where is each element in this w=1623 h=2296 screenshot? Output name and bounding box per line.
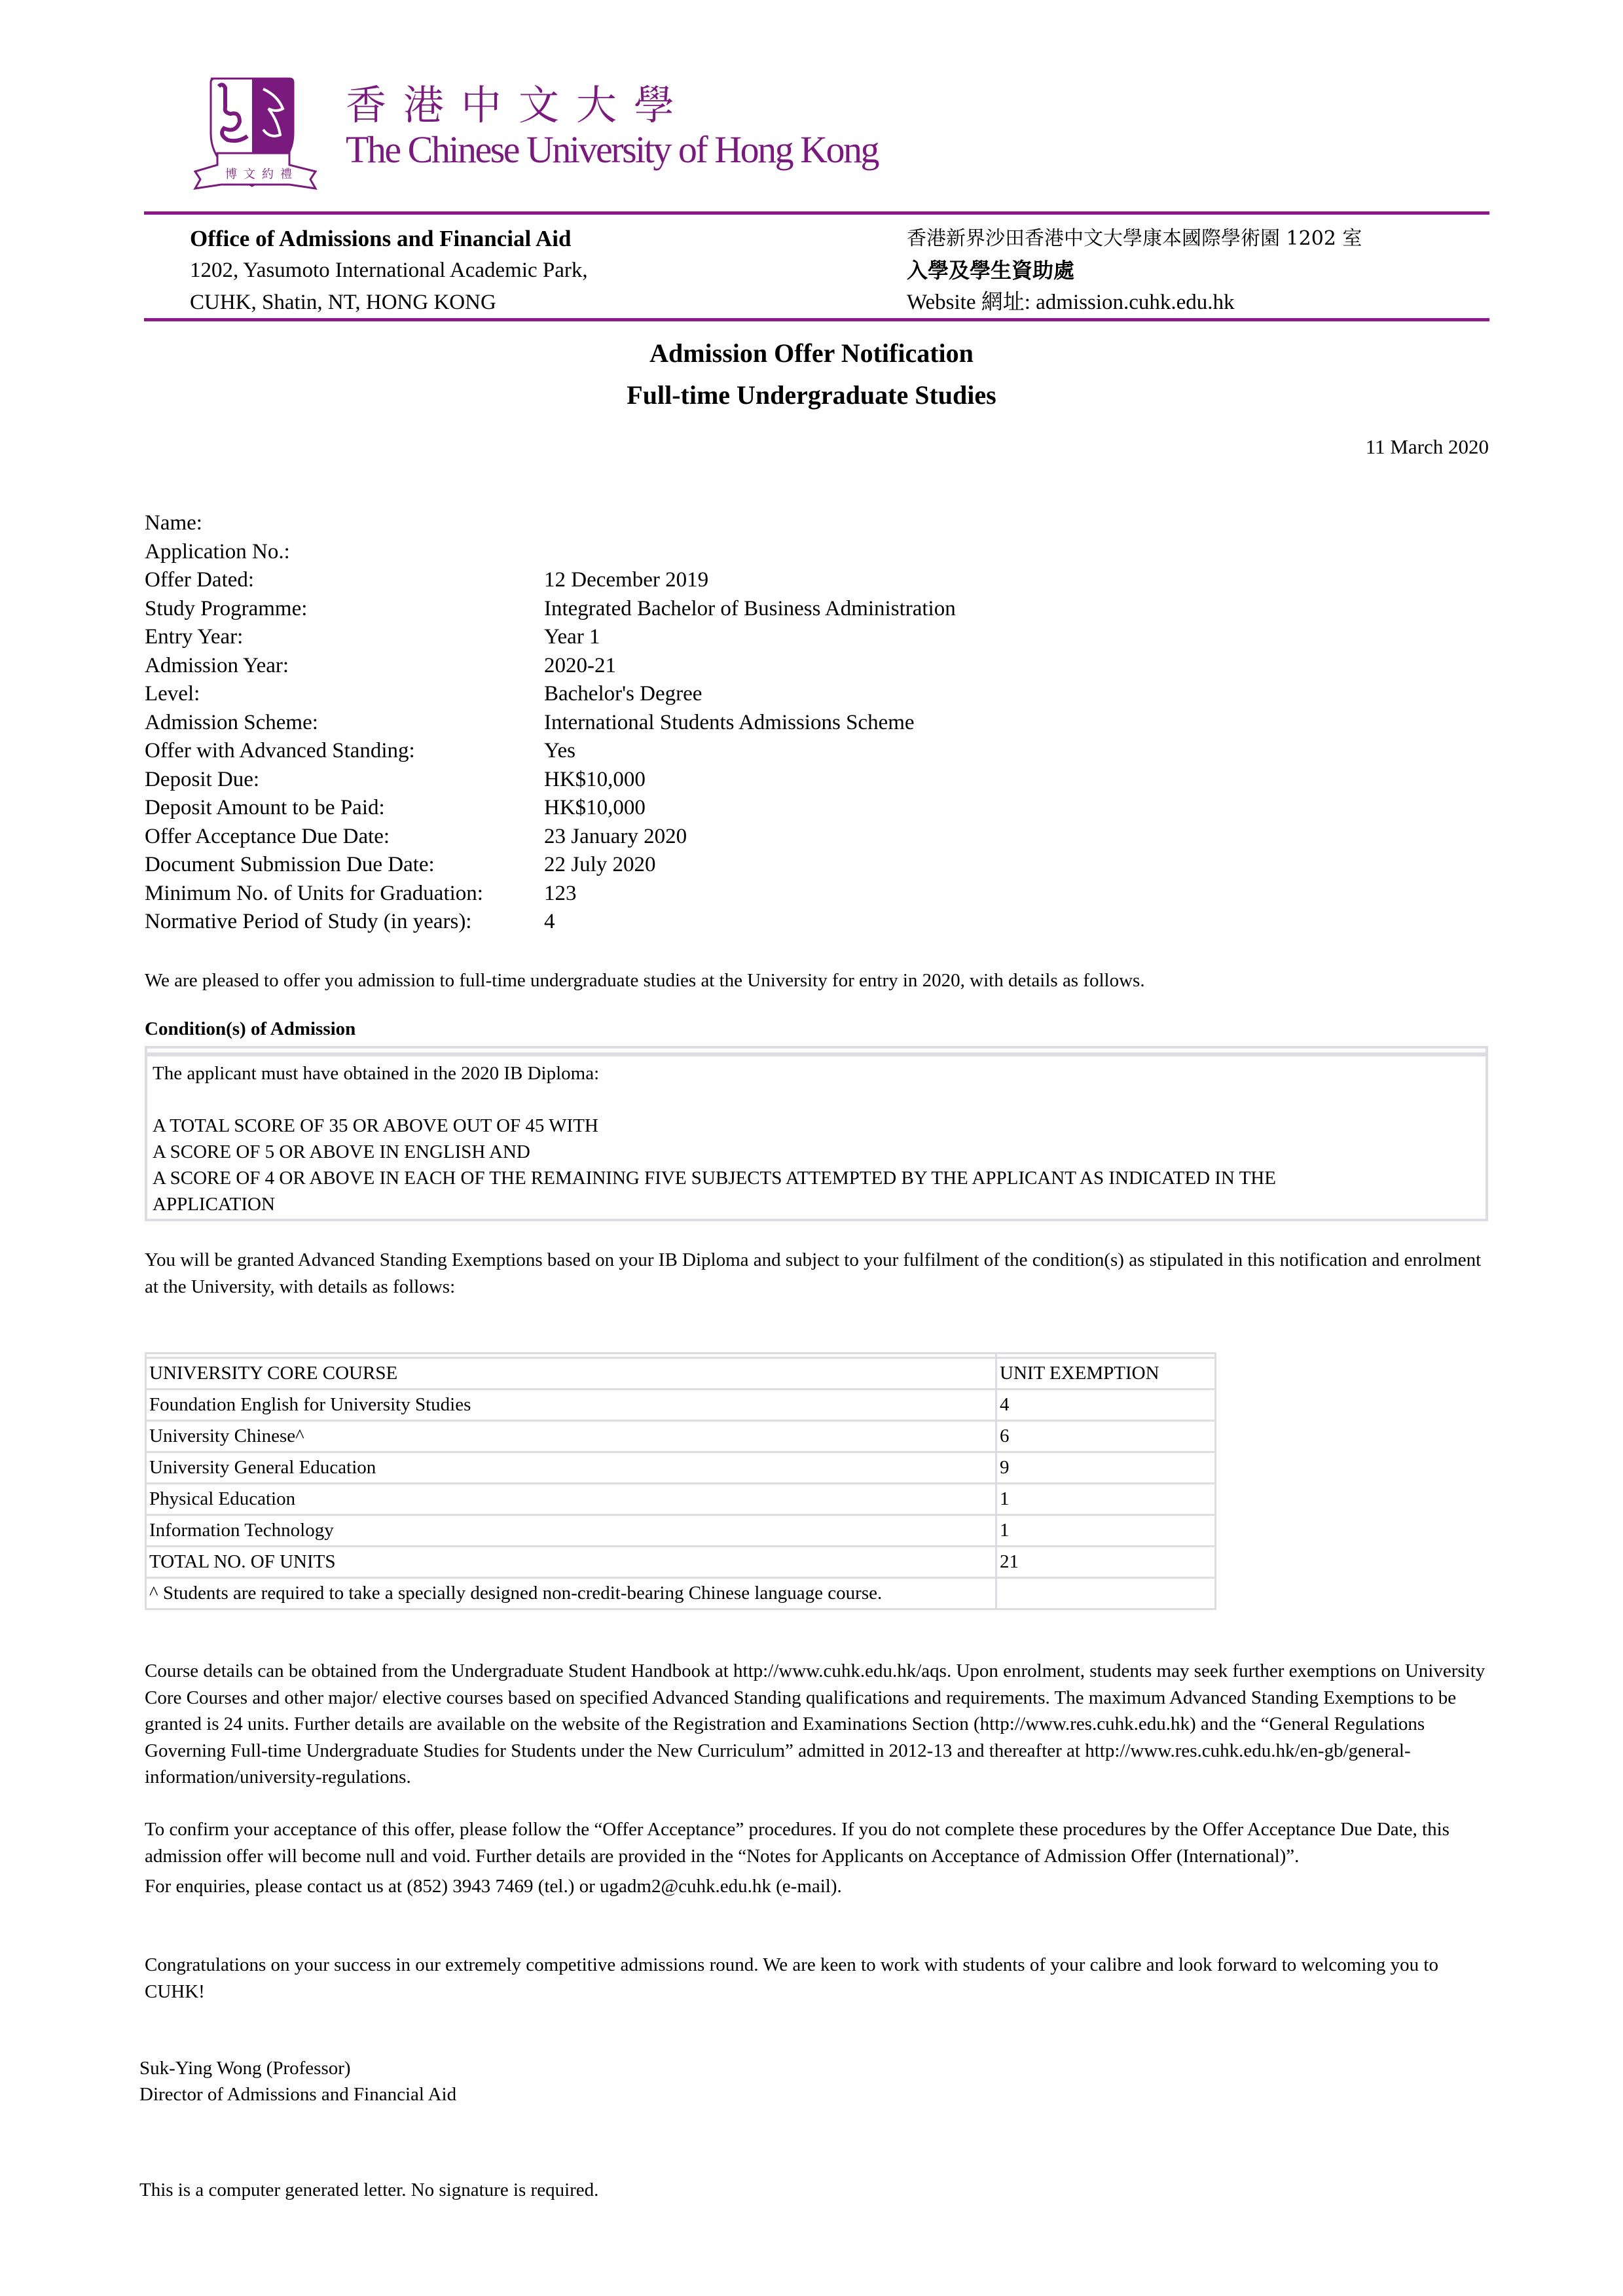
footer-note: This is a computer generated letter. No … xyxy=(139,2179,598,2201)
table-row: Foundation English for University Studie… xyxy=(147,1390,1214,1420)
conditions-heading: Condition(s) of Admission xyxy=(145,1018,356,1040)
field-label: Offer Acceptance Due Date: xyxy=(145,823,390,852)
unit-exemption: 21 xyxy=(997,1547,1214,1577)
unit-exemption: 4 xyxy=(997,1390,1214,1420)
table-row: University General Education9 xyxy=(147,1453,1214,1482)
intro-paragraph: We are pleased to offer you admission to… xyxy=(145,967,1493,994)
office-address-en: Office of Admissions and Financial Aid 1… xyxy=(190,223,588,319)
letter-date: 11 March 2020 xyxy=(1366,435,1489,459)
field-value: 23 January 2020 xyxy=(544,823,687,852)
unit-exemption: 1 xyxy=(997,1484,1214,1514)
field-label: Application No.: xyxy=(145,538,290,567)
field-value: Year 1 xyxy=(544,623,600,652)
field-label: Study Programme: xyxy=(145,595,307,624)
exemption-intro: You will be granted Advanced Standing Ex… xyxy=(145,1247,1493,1300)
enquiry-paragraph: For enquiries, please contact us at (852… xyxy=(145,1873,1493,1900)
field-label: Offer with Advanced Standing: xyxy=(145,737,415,766)
header-rule-top xyxy=(144,211,1489,215)
column-header: UNIT EXEMPTION xyxy=(997,1359,1214,1388)
course-name: University Chinese^ xyxy=(147,1422,995,1451)
field-label: Deposit Due: xyxy=(145,766,259,795)
field-value: 123 xyxy=(544,880,577,908)
office-address-line2: CUHK, Shatin, NT, HONG KONG xyxy=(190,287,588,319)
svg-text:禮: 禮 xyxy=(280,168,292,181)
conditions-lead: The applicant must have obtained in the … xyxy=(153,1060,1480,1086)
column-header: UNIVERSITY CORE COURSE xyxy=(147,1359,995,1388)
website-line: Website 網址: admission.cuhk.edu.hk xyxy=(907,287,1362,319)
field-value: 12 December 2019 xyxy=(544,566,708,595)
office-address-zh: 香港新界沙田香港中文大學康本國際學術園 1202 室 入學及學生資助處 Webs… xyxy=(907,223,1362,319)
table-row: Physical Education1 xyxy=(147,1484,1214,1514)
svg-text:文: 文 xyxy=(244,168,255,181)
congrats-paragraph: Congratulations on your success in our e… xyxy=(145,1952,1493,2005)
field-value: HK$10,000 xyxy=(544,766,646,795)
office-name-en: Office of Admissions and Financial Aid xyxy=(190,223,588,255)
condition-line: A TOTAL SCORE OF 35 OR ABOVE OUT OF 45 W… xyxy=(153,1113,1480,1139)
course-details-paragraph: Course details can be obtained from the … xyxy=(145,1658,1493,1791)
website-label: Website 網址: xyxy=(907,291,1036,314)
field-label: Admission Year: xyxy=(145,652,289,681)
unit-exemption: 6 xyxy=(997,1422,1214,1451)
table-row: Information Technology1 xyxy=(147,1516,1214,1545)
condition-line: A SCORE OF 5 OR ABOVE IN ENGLISH AND xyxy=(153,1139,1480,1165)
table-header-row: UNIVERSITY CORE COURSEUNIT EXEMPTION xyxy=(147,1359,1214,1388)
table-row: TOTAL NO. OF UNITS21 xyxy=(147,1547,1214,1577)
svg-text:博: 博 xyxy=(225,168,237,181)
unit-exemption: 1 xyxy=(997,1516,1214,1545)
field-label: Minimum No. of Units for Graduation: xyxy=(145,880,483,908)
field-label: Entry Year: xyxy=(145,623,243,652)
cuhk-crest-icon: 博 文 約 禮 xyxy=(191,73,319,192)
svg-text:約: 約 xyxy=(262,168,274,181)
course-name: Information Technology xyxy=(147,1516,995,1545)
table-footnote: ^ Students are required to take a specia… xyxy=(147,1579,995,1608)
office-address-line1: 1202, Yasumoto International Academic Pa… xyxy=(190,255,588,287)
field-value: Yes xyxy=(544,737,575,766)
course-name: University General Education xyxy=(147,1453,995,1482)
field-label: Deposit Amount to be Paid: xyxy=(145,794,385,823)
exemption-table: UNIVERSITY CORE COURSEUNIT EXEMPTIONFoun… xyxy=(145,1352,1216,1610)
signer-title: Director of Admissions and Financial Aid xyxy=(139,2081,456,2108)
field-value: International Students Admissions Scheme xyxy=(544,709,915,738)
course-name: TOTAL NO. OF UNITS xyxy=(147,1547,995,1577)
table-row: University Chinese^6 xyxy=(147,1422,1214,1451)
field-value: 22 July 2020 xyxy=(544,851,656,880)
field-label: Normative Period of Study (in years): xyxy=(145,908,471,937)
field-label: Offer Dated: xyxy=(145,566,254,595)
confirm-paragraph: To confirm your acceptance of this offer… xyxy=(145,1816,1493,1869)
signature-block: Suk-Ying Wong (Professor) Director of Ad… xyxy=(139,2055,456,2108)
website-link[interactable]: admission.cuhk.edu.hk xyxy=(1036,291,1234,314)
field-value: 2020-21 xyxy=(544,652,616,681)
course-name: Foundation English for University Studie… xyxy=(147,1390,995,1420)
course-name: Physical Education xyxy=(147,1484,995,1514)
office-name-zh: 入學及學生資助處 xyxy=(907,255,1362,287)
header-rule-bottom xyxy=(144,318,1489,321)
unit-exemption: 9 xyxy=(997,1453,1214,1482)
field-value: Integrated Bachelor of Business Administ… xyxy=(544,595,956,624)
university-name-zh: 香港中文大學 xyxy=(346,85,691,126)
document-subtitle: Full-time Undergraduate Studies xyxy=(0,380,1623,410)
document-title: Admission Offer Notification xyxy=(0,338,1623,368)
field-label: Document Submission Due Date: xyxy=(145,851,435,880)
conditions-text: The applicant must have obtained in the … xyxy=(153,1060,1480,1217)
condition-line: APPLICATION xyxy=(153,1191,1480,1217)
university-name-en: The Chinese University of Hong Kong xyxy=(346,131,878,169)
field-value: 4 xyxy=(544,908,555,937)
field-label: Admission Scheme: xyxy=(145,709,318,738)
conditions-box: The applicant must have obtained in the … xyxy=(145,1046,1488,1221)
field-value: Bachelor's Degree xyxy=(544,680,702,709)
office-address-zh-line: 香港新界沙田香港中文大學康本國際學術園 1202 室 xyxy=(907,223,1362,255)
signer-name: Suk-Ying Wong (Professor) xyxy=(139,2055,456,2081)
field-label: Level: xyxy=(145,680,200,709)
table-footnote-row: ^ Students are required to take a specia… xyxy=(147,1579,1214,1608)
condition-line: A SCORE OF 4 OR ABOVE IN EACH OF THE REM… xyxy=(153,1165,1480,1191)
field-label: Name: xyxy=(145,509,202,538)
field-value: HK$10,000 xyxy=(544,794,646,823)
